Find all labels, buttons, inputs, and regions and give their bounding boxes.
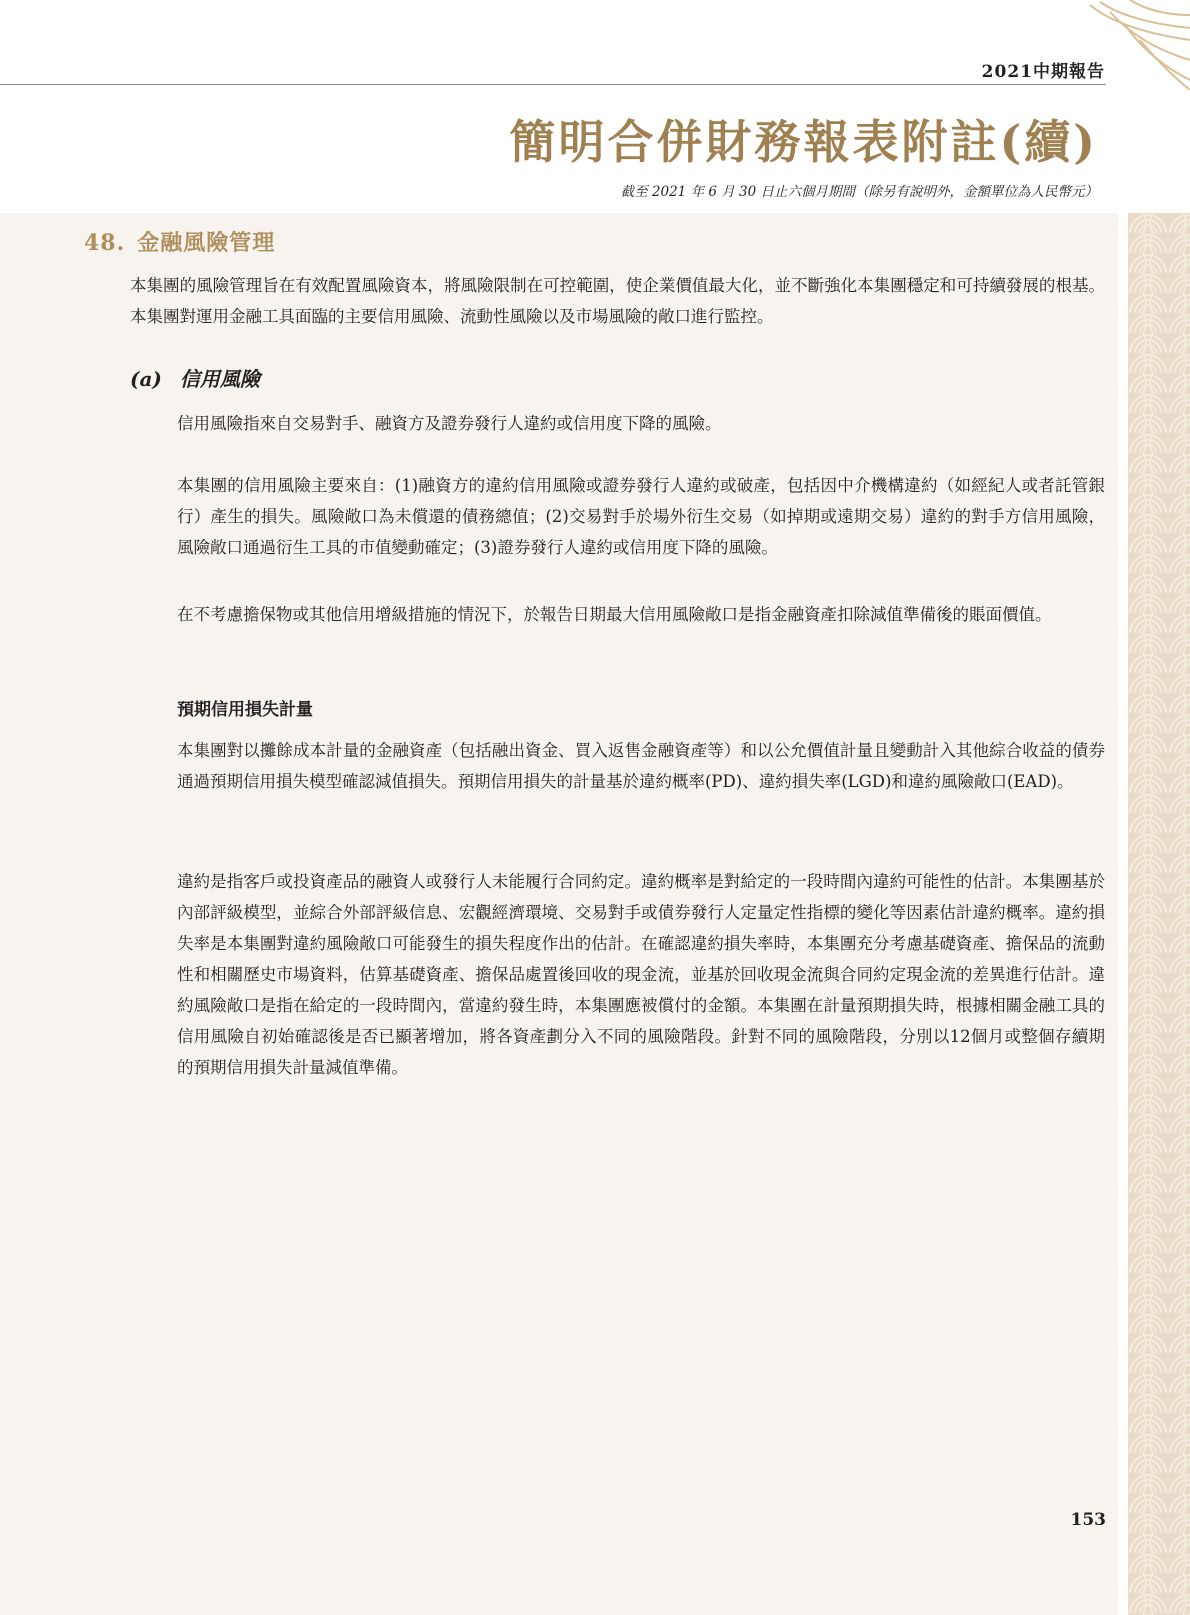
subsection-label: (a) [130,367,162,391]
page-subtitle: 截至 2021 年 6 月 30 日止六個月期間（除另有說明外，金額單位為人民幣… [621,180,1098,200]
header-divider [0,84,1106,85]
report-tag: 2021中期報告 [982,57,1105,82]
page-number: 153 [1071,1510,1107,1530]
subsection-heading: (a)信用風險 [130,363,260,392]
ecl-paragraph-1: 本集團對以攤餘成本計量的金融資產（包括融出資金、買入返售金融資產等）和以公允價值… [177,735,1105,797]
section-title: 金融風險管理 [137,230,275,256]
credit-risk-paragraph-2: 本集團的信用風險主要來自：(1)融資方的違約信用風險或證券發行人違約或破產，包括… [177,470,1105,563]
seigaiha-pattern-strip [1128,213,1190,1615]
page-title: 簡明合併財務報表附註(續) [509,106,1098,172]
credit-risk-paragraph-1: 信用風險指來自交易對手、融資方及證券發行人違約或信用度下降的風險。 [177,408,1105,439]
credit-risk-paragraph-3: 在不考慮擔保物或其他信用增級措施的情況下，於報告日期最大信用風險敞口是指金融資產… [177,599,1105,630]
intro-paragraph: 本集團的風險管理旨在有效配置風險資本，將風險限制在可控範圍，使企業價值最大化，並… [130,270,1105,332]
section-heading: 48.金融風險管理 [84,226,275,257]
section-number: 48. [84,230,125,256]
subsection-title: 信用風險 [180,367,260,391]
ecl-heading: 預期信用損失計量 [177,695,313,720]
ecl-paragraph-2: 違約是指客戶或投資產品的融資人或發行人未能履行合同約定。違約概率是對給定的一段時… [177,866,1105,1083]
